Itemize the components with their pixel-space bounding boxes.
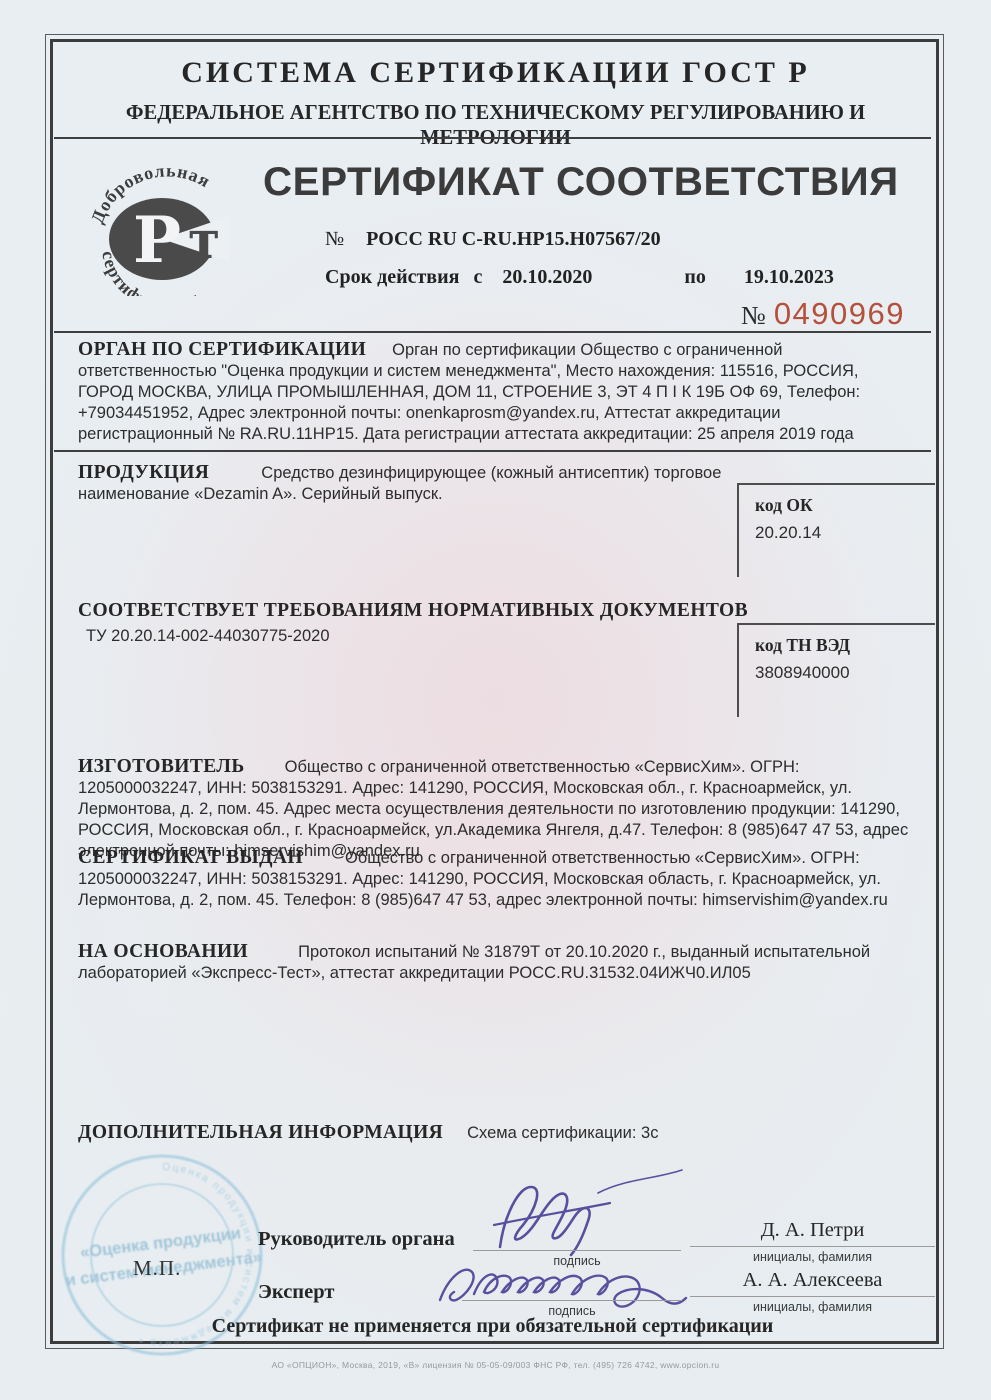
expert-name-line [690, 1296, 935, 1297]
code-tnved-value: 3808940000 [755, 663, 935, 683]
code-tnved-label: код ТН ВЭД [755, 635, 935, 656]
head-name-caption: инициалы, фамилия [690, 1250, 935, 1264]
code-tnved-box: код ТН ВЭД 3808940000 [737, 623, 935, 717]
section-divider-1 [54, 331, 931, 333]
section-certification-body: ОРГАН ПО СЕРТИФИКАЦИИОрган по сертификац… [78, 339, 916, 445]
validity-to-date: 19.10.2023 [744, 266, 834, 288]
header-divider [54, 137, 931, 139]
validity-label: Срок действия [325, 266, 459, 288]
head-signature-line [473, 1200, 681, 1251]
expert-signature-line [462, 1250, 682, 1301]
expert-name: А. А. Алексеева [690, 1269, 935, 1292]
section-conforms: СООТВЕТСТВУЕТ ТРЕБОВАНИЯМ НОРМАТИВНЫХ ДО… [78, 600, 798, 622]
agency-title: ФЕДЕРАЛЬНОЕ АГЕНТСТВО ПО ТЕХНИЧЕСКОМУ РЕ… [61, 100, 930, 150]
validity-to-label: по [684, 266, 706, 288]
conforms-label: СООТВЕТСТВУЕТ ТРЕБОВАНИЯМ НОРМАТИВНЫХ ДО… [78, 600, 748, 621]
serial-number-sign: № [741, 301, 766, 330]
code-ok-label: код ОК [755, 495, 935, 516]
blank-serial-number: №0490969 [690, 296, 905, 332]
validity-from-label: с [473, 266, 482, 288]
printer-fine-print: АО «ОПЦИОН», Москва, 2019, «В» лицензия … [0, 1360, 991, 1370]
code-ok-box: код ОК 20.20.14 [737, 483, 935, 577]
svg-text:т: т [188, 210, 220, 271]
section-divider-2 [54, 450, 931, 452]
number-sign: № [325, 228, 344, 250]
section-issued-to: СЕРТИФИКАТ ВЫДАНОбщество с ограниченной … [78, 847, 918, 911]
head-name-line [690, 1246, 935, 1247]
mandatory-certification-note: Сертификат не применяется при обязательн… [54, 1315, 931, 1338]
validity-line: Срок действияс20.10.2020по19.10.2023 [325, 266, 834, 289]
certificate-number: №РОСС RU C-RU.HP15.H07567/20 [325, 228, 661, 251]
certificate-page: СИСТЕМА СЕРТИФИКАЦИИ ГОСТ Р ФЕДЕРАЛЬНОЕ … [0, 0, 991, 1400]
expert-role-label: Эксперт [258, 1281, 334, 1304]
head-name: Д. А. Петри [690, 1219, 935, 1242]
head-role-label: Руководитель органа [258, 1228, 455, 1251]
conforms-document: ТУ 20.20.14-002-44030775-2020 [86, 627, 330, 646]
serial-number-value: 0490969 [774, 296, 905, 331]
section-product: ПРОДУКЦИЯСредство дезинфицирующее (кожны… [78, 462, 738, 505]
basis-label: НА ОСНОВАНИИ [78, 941, 248, 962]
additional-info-text: Схема сертификации: 3с [467, 1124, 658, 1142]
section-additional-info: ДОПОЛНИТЕЛЬНАЯ ИНФОРМАЦИЯСхема сертифика… [78, 1122, 918, 1144]
product-label: ПРОДУКЦИЯ [78, 462, 209, 483]
code-ok-value: 20.20.14 [755, 523, 935, 543]
number-value: РОСС RU C-RU.HP15.H07567/20 [366, 228, 661, 250]
rst-logo-icon: Добровольная сертификация Р т [80, 148, 252, 296]
additional-info-label: ДОПОЛНИТЕЛЬНАЯ ИНФОРМАЦИЯ [78, 1122, 443, 1143]
certificate-title: СЕРТИФИКАТ СООТВЕТСТВИЯ [263, 160, 942, 205]
section-basis: НА ОСНОВАНИИПротокол испытаний № 31879Т … [78, 941, 918, 984]
stamp-place-label: М.П. [133, 1256, 181, 1281]
svg-text:Р: Р [133, 203, 181, 278]
expert-name-caption: инициалы, фамилия [690, 1300, 935, 1314]
validity-from-date: 20.10.2020 [502, 266, 592, 288]
issued-to-label: СЕРТИФИКАТ ВЫДАН [78, 847, 303, 868]
system-title: СИСТЕМА СЕРТИФИКАЦИИ ГОСТ Р [58, 56, 933, 90]
manufacturer-label: ИЗГОТОВИТЕЛЬ [78, 756, 245, 777]
certification-body-label: ОРГАН ПО СЕРТИФИКАЦИИ [78, 339, 366, 360]
